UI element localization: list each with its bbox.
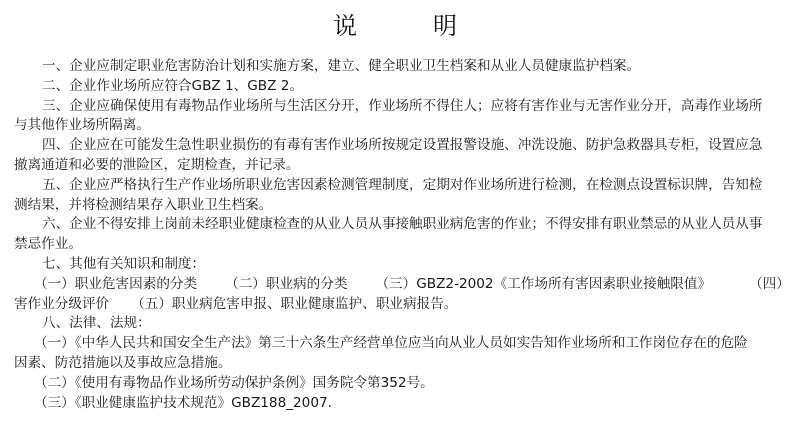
item-2: 二、企业作业场所应符合GBZ 1、GBZ 2。 <box>14 77 780 97</box>
subitem-7-1: （一）职业危害因素的分类 <box>34 276 197 292</box>
item-6-line2: 禁忌作业。 <box>14 235 780 255</box>
item-1: 一、企业应制定职业危害防治计划和实施方案，建立、健全职业卫生档案和从业人员健康监… <box>14 57 780 77</box>
document-title: 说 明 <box>0 6 790 41</box>
item-4-line2: 撤离通道和必要的泄险区，定期检查，并记录。 <box>14 156 780 176</box>
item-3-line2: 与其他作业场所隔离。 <box>14 116 780 136</box>
subitem-7-5: （五）职业病危害申报、职业健康监护、职业病报告。 <box>131 296 457 312</box>
item-6-line1: 六、企业不得安排上岗前未经职业健康检查的从业人员从事接触职业病危害的作业；不得安… <box>14 215 780 235</box>
subitem-7-4: （四）有 <box>749 276 790 292</box>
law-1-line1: （一）《中华人民共和国安全生产法》第三十六条生产经营单位应当向从业人员如实告知作… <box>14 334 780 354</box>
item-8: 八、法律、法规： <box>14 314 780 334</box>
subitem-7-2: （二）职业病的分类 <box>225 276 347 292</box>
item-3-line1: 三、企业应确保使用有毒物品作业场所与生活区分开，作业场所不得住人；应将有害作业与… <box>14 97 780 117</box>
item-7-subitems: （一）职业危害因素的分类（二）职业病的分类（三）GBZ2-2002《工作场所有害… <box>14 275 780 295</box>
item-5-line1: 五、企业应严格执行生产作业场所职业危害因素检测管理制度，定期对作业场所进行检测，… <box>14 176 780 196</box>
item-5-line2: 测结果，并将检测结果存入职业卫生档案。 <box>14 196 780 216</box>
law-2: （二）《使用有毒物品作业场所劳动保护条例》国务院令第352号。 <box>14 374 780 394</box>
item-7-subitems-line2: 害作业分级评价（五）职业病危害申报、职业健康监护、职业病报告。 <box>14 295 780 315</box>
subitem-7-3: （三）GBZ2-2002《工作场所有害因素职业接触限值》 <box>375 276 711 292</box>
document-body: 一、企业应制定职业危害防治计划和实施方案，建立、健全职业卫生档案和从业人员健康监… <box>14 57 780 413</box>
item-7: 七、其他有关知识和制度： <box>14 255 780 275</box>
subitem-7-4-cont: 害作业分级评价 <box>14 296 109 312</box>
law-3: （三）《职业健康监护技术规范》GBZ188_2007. <box>14 394 780 414</box>
law-1-line2: 因素、防范措施以及事故应急措施。 <box>14 354 780 374</box>
item-4-line1: 四、企业应在可能发生急性职业损伤的有毒有害作业场所按规定设置报警设施、冲洗设施、… <box>14 136 780 156</box>
